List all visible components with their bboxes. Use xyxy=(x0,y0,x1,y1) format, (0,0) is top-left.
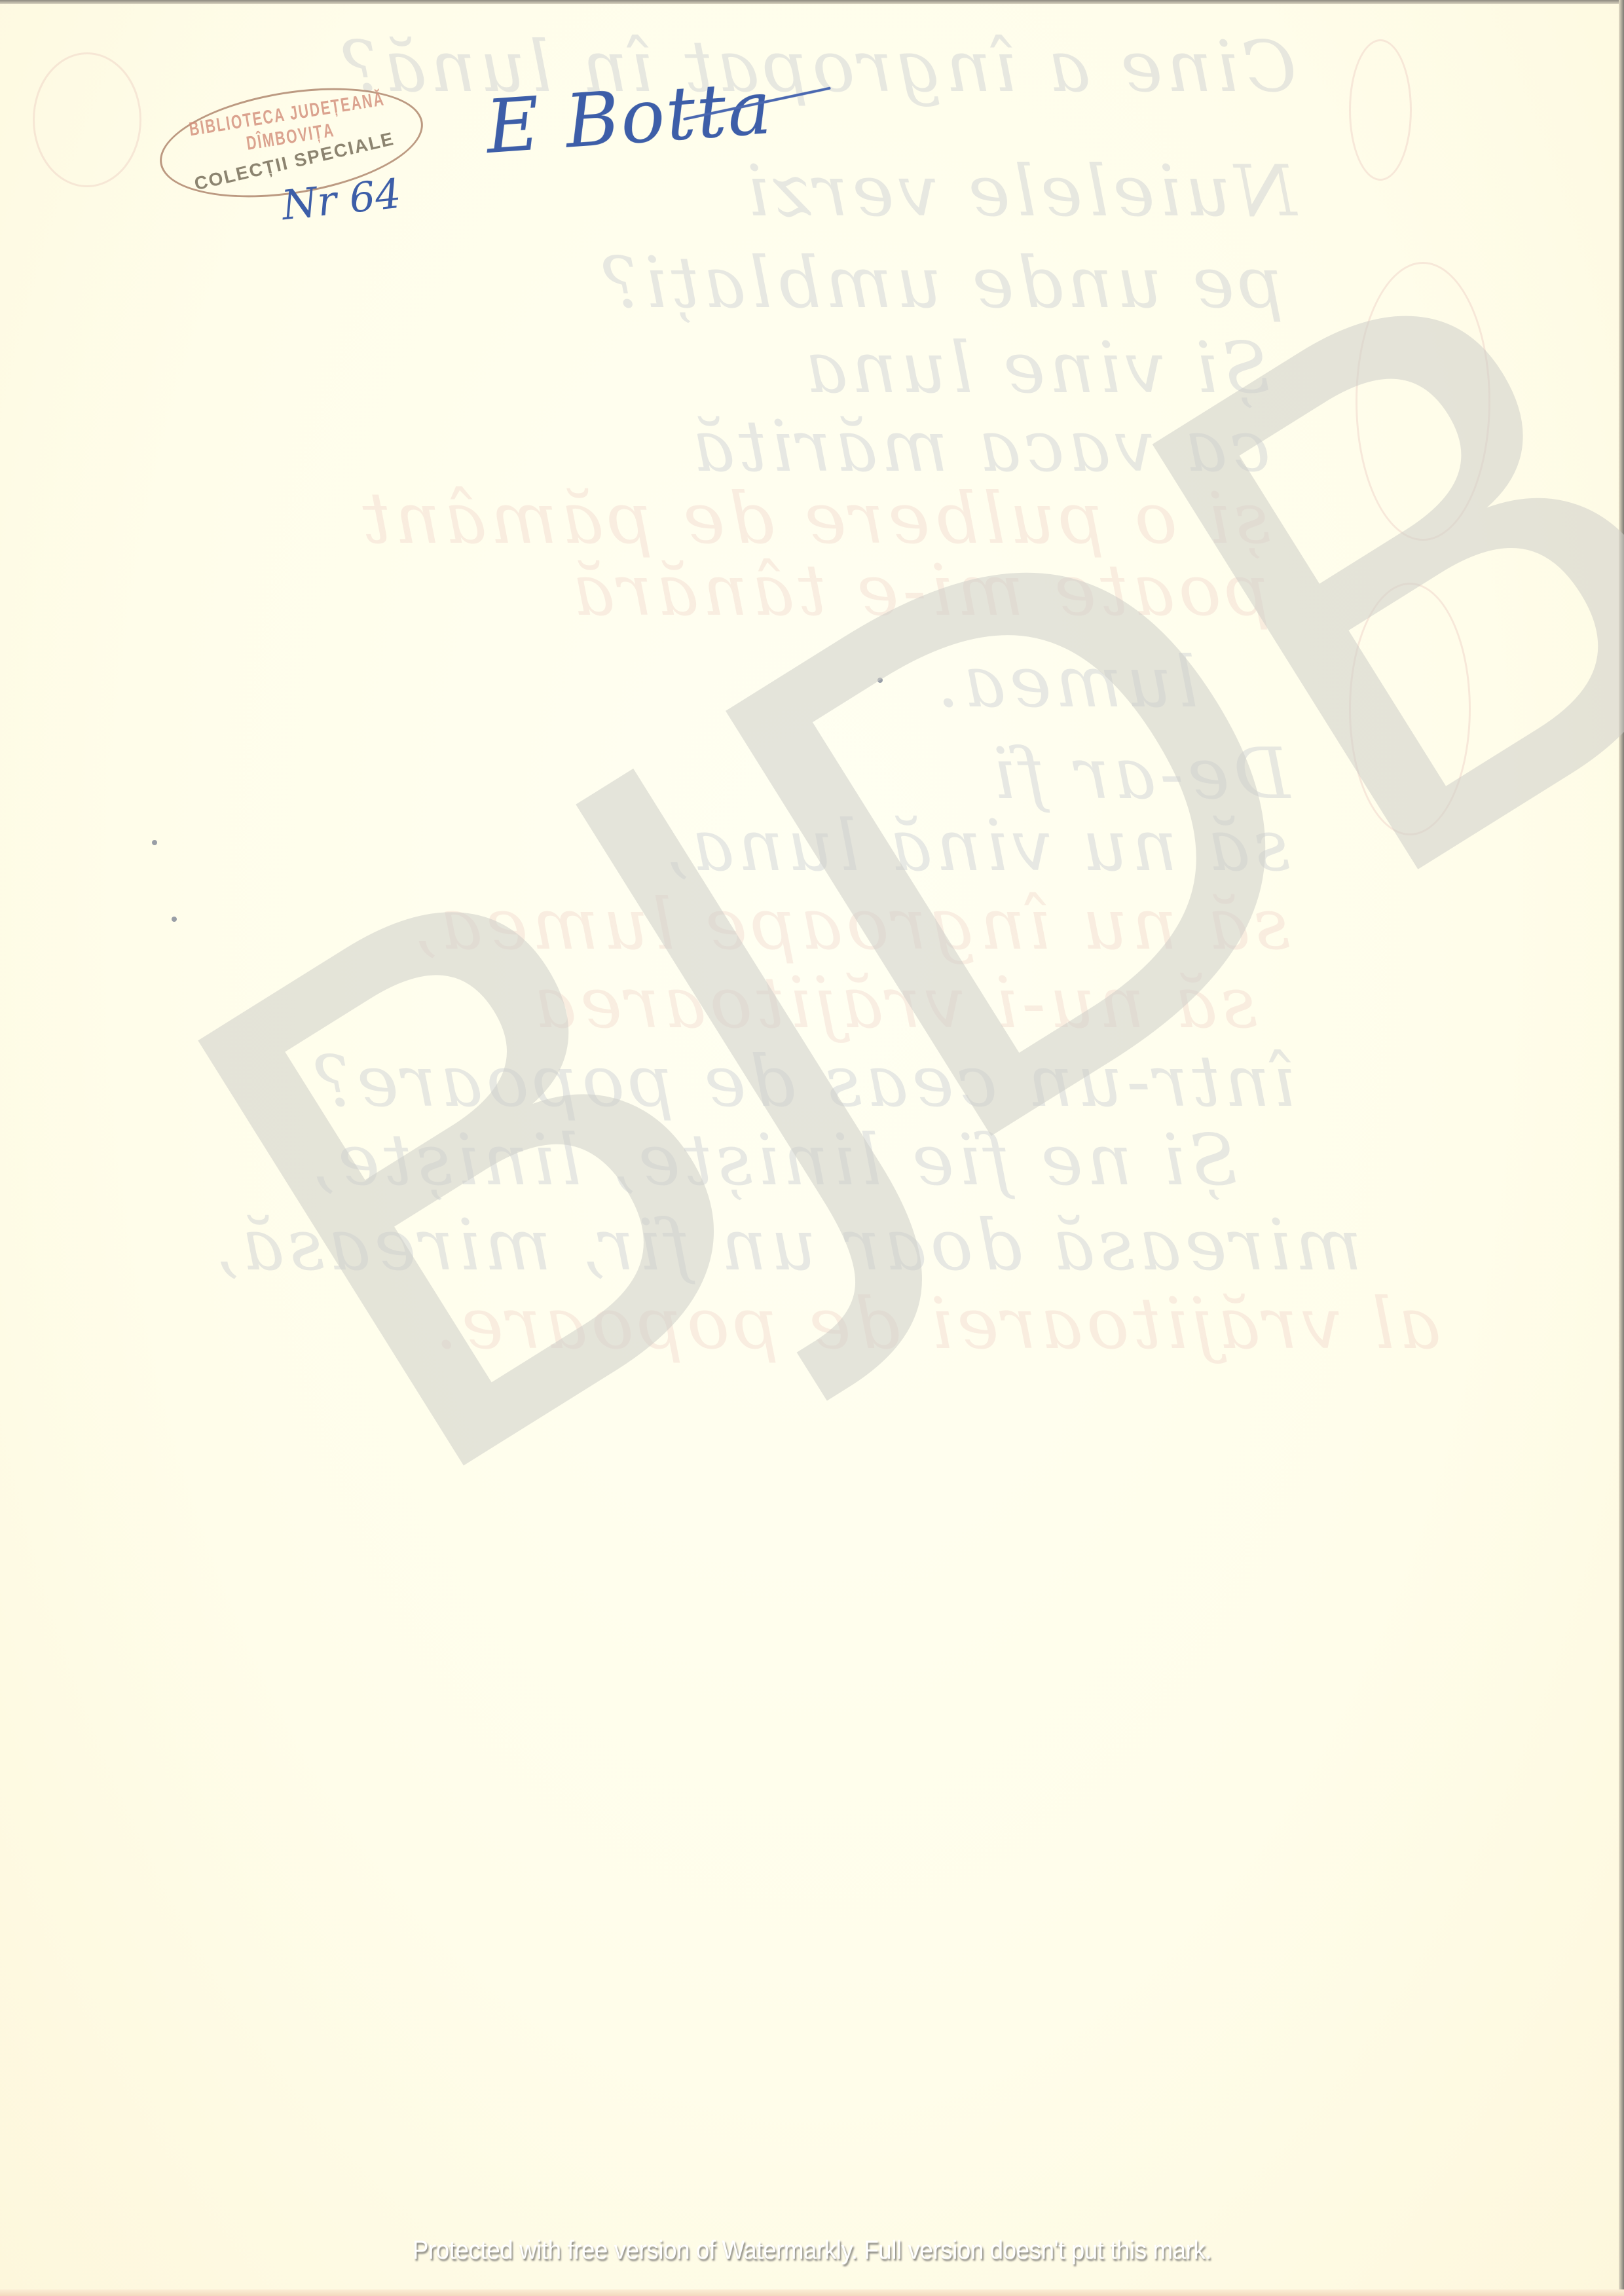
bleed-line: și o pulbere de pământ xyxy=(359,478,1270,560)
bleed-line: să nu îngroape lumea, xyxy=(410,884,1290,966)
watermark-notice: Protected with free version of Watermark… xyxy=(65,2236,1559,2265)
page-edge-bottom xyxy=(0,2289,1624,2296)
page-edge-top xyxy=(0,0,1624,4)
ink-speck xyxy=(152,840,157,845)
bleed-line: să nu-i vrăjitoarea xyxy=(530,962,1257,1044)
margin-mark xyxy=(1349,39,1412,181)
margin-mark xyxy=(1349,583,1471,835)
bleed-line: lumea. xyxy=(933,642,1198,723)
bleed-line: Și vine luna xyxy=(802,327,1270,409)
bleed-line: De-ar fi xyxy=(989,733,1290,815)
bleed-line: mireasă doar un fir, mireasă, xyxy=(212,1205,1362,1286)
bleed-line: Și ne fie liniște, liniște, xyxy=(308,1120,1238,1201)
bleed-line: să nu vină luna, xyxy=(661,805,1290,887)
bleed-line: Cine a îngropat în lună? xyxy=(339,26,1297,108)
ink-speck xyxy=(877,678,883,683)
bleed-line: într-un ceas de popoare? xyxy=(311,1041,1297,1123)
bleed-line: pe unde umblați? xyxy=(599,242,1283,324)
bleed-line: poate mi-e tânără xyxy=(568,550,1270,632)
bleed-line: ca vaca mărită xyxy=(688,406,1270,488)
author-signature: E Botta xyxy=(483,65,775,170)
document-page: Cine a îngropat în lună? Nuielele verzi … xyxy=(0,0,1624,2296)
bleed-line: Nuielele verzi xyxy=(743,151,1297,232)
ink-speck xyxy=(172,917,177,922)
bleed-through-text: Cine a îngropat în lună? Nuielele verzi … xyxy=(26,20,1336,1460)
margin-mark xyxy=(1356,262,1490,541)
margin-mark xyxy=(33,52,141,187)
page-edge-right xyxy=(1619,0,1624,2296)
bleed-line: al vrăjitoarei de popoare. xyxy=(432,1283,1441,1365)
